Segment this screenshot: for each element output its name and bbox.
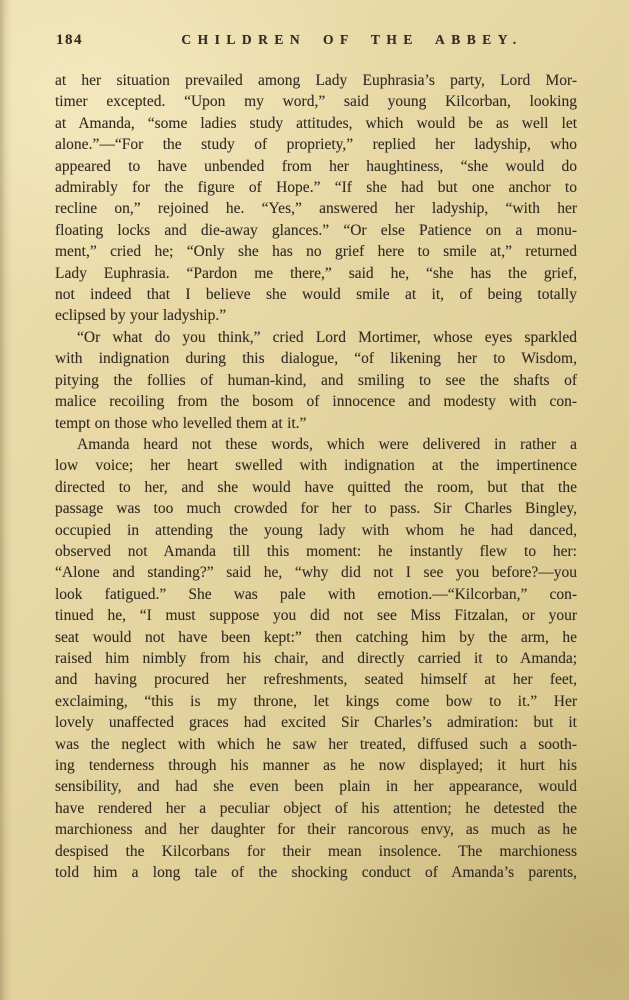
text-line: floating locks and die-away glances.” “O…: [55, 220, 577, 241]
text-line: tempt on those who levelled them at it.”: [55, 413, 577, 434]
page-header: 184 CHILDREN OF THE ABBEY.: [55, 31, 579, 49]
text-line: Lady Euphrasia. “Pardon me there,” said …: [55, 263, 577, 284]
text-line: was the neglect with which he saw her tr…: [55, 734, 577, 755]
text-line: appeared to have unbended from her haugh…: [55, 156, 577, 177]
book-page: 184 CHILDREN OF THE ABBEY. at her situat…: [0, 0, 629, 1000]
text-line: pitying the follies of human-kind, and s…: [55, 370, 577, 391]
text-line: ing tenderness through his manner as he …: [55, 755, 577, 776]
paragraph: Amanda heard not these words, which were…: [55, 434, 577, 884]
text-line: alone.”—“For the study of propriety,” re…: [55, 134, 577, 155]
text-line: with indignation during this dialogue, “…: [55, 348, 577, 369]
text-line: low voice; her heart swelled with indign…: [55, 455, 577, 476]
text-line: ment,” cried he; “Only she has no grief …: [55, 241, 577, 262]
text-line: malice recoiling from the bosom of innoc…: [55, 391, 577, 412]
text-line: timer excepted. “Upon my word,” said you…: [55, 91, 577, 112]
text-line: directed to her, and she would have quit…: [55, 477, 577, 498]
text-line: at Amanda, “some ladies study attitudes,…: [55, 113, 577, 134]
paragraph: “Or what do you think,” cried Lord Morti…: [55, 327, 577, 434]
text-line: look fatigued.” She was pale with emotio…: [55, 584, 577, 605]
text-line: despised the Kilcorbans for their mean i…: [55, 841, 577, 862]
text-line: “Or what do you think,” cried Lord Morti…: [55, 327, 577, 348]
text-line: Amanda heard not these words, which were…: [55, 434, 577, 455]
text-line: occupied in attending the young lady wit…: [55, 520, 577, 541]
paragraph: at her situation prevailed among Lady Eu…: [55, 70, 577, 327]
page-gutter-shadow: [0, 0, 12, 1000]
text-line: and having procured her refreshments, se…: [55, 669, 577, 690]
text-line: eclipsed by your ladyship.”: [55, 305, 577, 326]
text-line: recline on,” rejoined he. “Yes,” answere…: [55, 198, 577, 219]
text-line: exclaiming, “this is my throne, let king…: [55, 691, 577, 712]
text-line: “Alone and standing?” said he, “why did …: [55, 562, 577, 583]
page-number: 184: [56, 32, 83, 49]
text-line: lovely unaffected graces had excited Sir…: [55, 712, 577, 733]
page-body: at her situation prevailed among Lady Eu…: [55, 70, 577, 883]
text-line: raised him nimbly from his chair, and di…: [55, 648, 577, 669]
text-line: not indeed that I believe she would smil…: [55, 284, 577, 305]
text-line: passage was too much crowded for her to …: [55, 498, 577, 519]
running-title: CHILDREN OF THE ABBEY.: [125, 32, 579, 48]
text-line: tinued he, “I must suppose you did not s…: [55, 605, 577, 626]
text-line: sensibility, and had she even been plain…: [55, 776, 577, 797]
text-line: marchioness and her daughter for their r…: [55, 819, 577, 840]
text-line: have rendered her a peculiar object of h…: [55, 798, 577, 819]
text-line: at her situation prevailed among Lady Eu…: [55, 70, 577, 91]
text-line: observed not Amanda till this moment: he…: [55, 541, 577, 562]
text-line: admirably for the figure of Hope.” “If s…: [55, 177, 577, 198]
text-line: told him a long tale of the shocking con…: [55, 862, 577, 883]
text-line: seat would not have been kept:” then cat…: [55, 627, 577, 648]
